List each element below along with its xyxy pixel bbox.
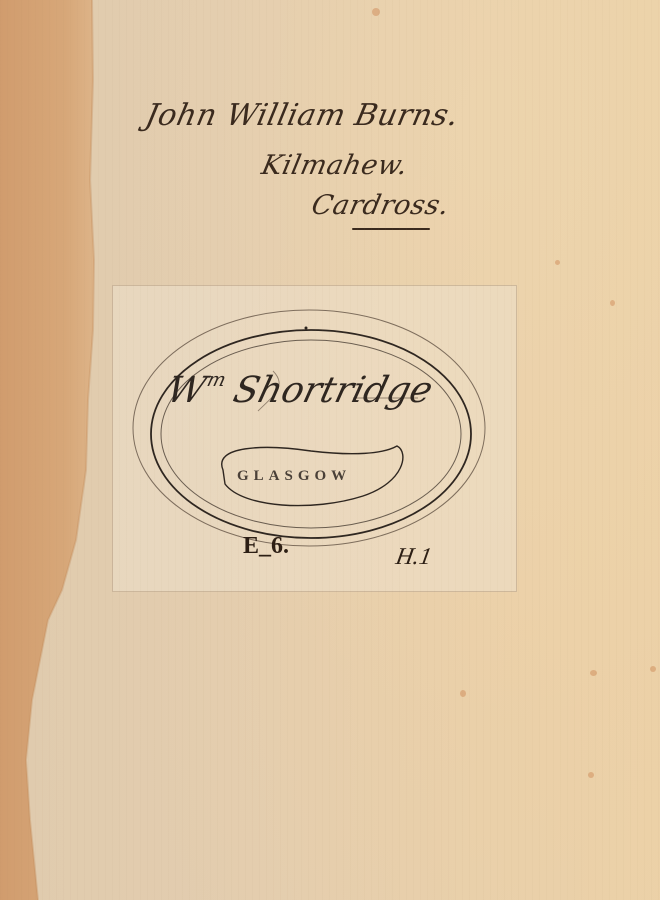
bookseller-name: Wm Shortridge	[163, 369, 437, 411]
shelf-mark-primary: E_6.	[243, 533, 289, 560]
bookseller-city: GLASGOW	[237, 468, 351, 485]
shelf-mark-secondary: H.1	[394, 544, 434, 571]
bookseller-surname: Shortridge	[229, 370, 437, 411]
owner-name-inscription: John William Burns.	[142, 98, 462, 133]
foxing-spot	[610, 300, 615, 306]
foxing-spot	[555, 260, 560, 265]
foxing-spot	[460, 690, 466, 697]
flyleaf-page: John William Burns. Kilmahew. Cardross. …	[0, 0, 660, 900]
bookseller-prefix-superscript: m	[205, 369, 229, 391]
foxing-spot	[588, 772, 594, 778]
foxing-spot	[590, 670, 597, 676]
foxing-spot	[650, 666, 656, 672]
inscription-underline	[352, 228, 430, 230]
label-oval-border	[113, 286, 518, 593]
bookseller-label: Wm Shortridge GLASGOW	[112, 285, 517, 592]
water-stain	[0, 0, 120, 900]
foxing-spot	[372, 8, 380, 16]
town-inscription: Cardross.	[309, 190, 452, 221]
estate-inscription: Kilmahew.	[259, 150, 411, 181]
